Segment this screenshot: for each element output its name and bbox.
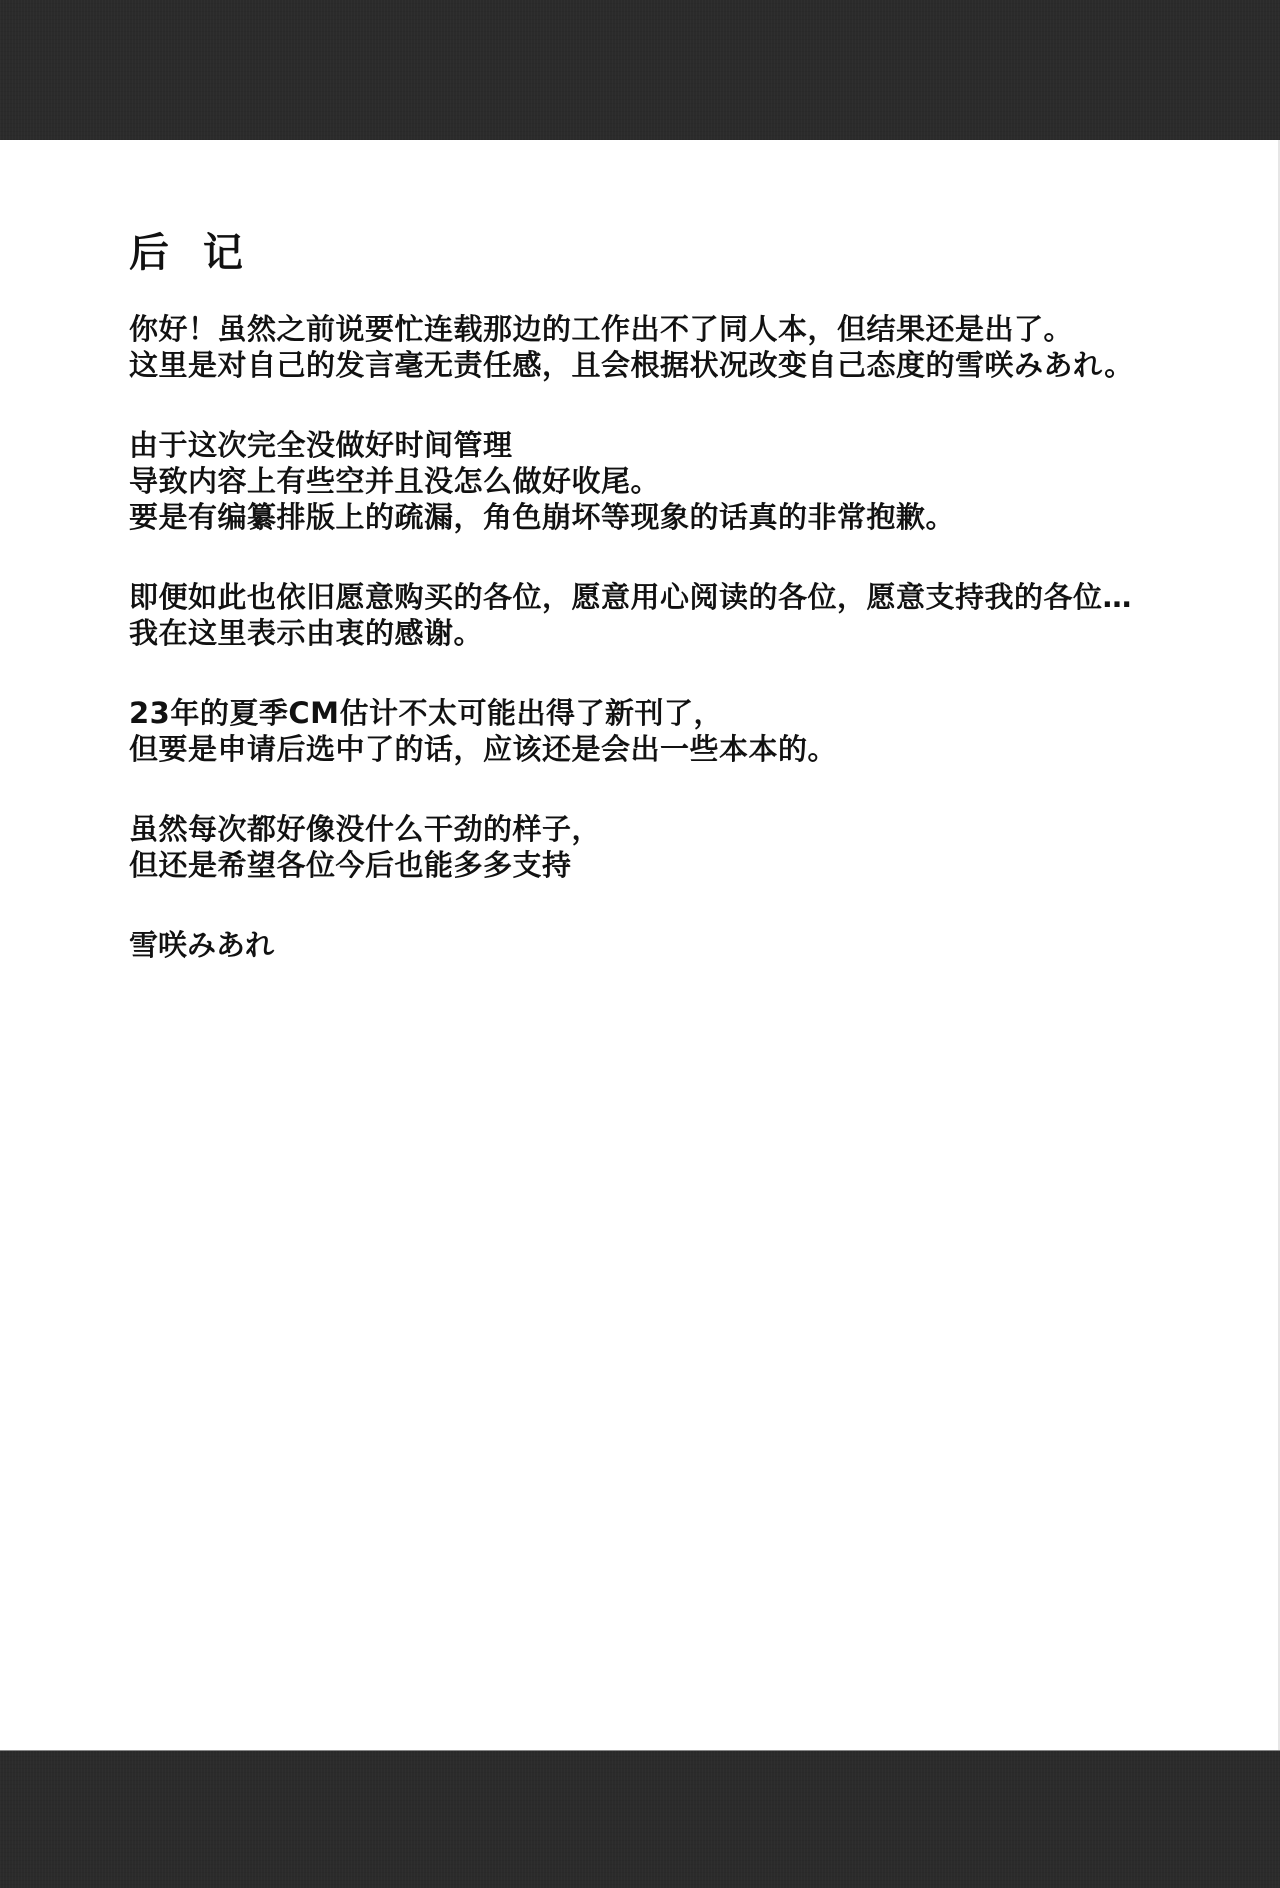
text-line: 但还是希望各位今后也能多多支持	[129, 847, 1229, 883]
text-line: 23年的夏季CM估计不太可能出得了新刊了，	[129, 695, 1229, 731]
page-title: 后 记	[129, 228, 253, 278]
paragraph-next-event: 23年的夏季CM估计不太可能出得了新刊了， 但要是申请后选中了的话，应该还是会出…	[129, 695, 1229, 767]
text-line: 这里是对自己的发言毫无责任感，且会根据状况改变自己态度的雪咲みあれ。	[129, 347, 1229, 383]
author-signature: 雪咲みあれ	[129, 927, 1229, 963]
paragraph-apology: 由于这次完全没做好时间管理 导致内容上有些空并且没怎么做好收尾。 要是有编纂排版…	[129, 427, 1229, 535]
text-line: 即便如此也依旧愿意购买的各位，愿意用心阅读的各位，愿意支持我的各位…	[129, 579, 1229, 615]
text-line: 你好！虽然之前说要忙连载那边的工作出不了同人本，但结果还是出了。	[129, 311, 1229, 347]
top-dark-border	[0, 0, 1280, 140]
text-line: 由于这次完全没做好时间管理	[129, 427, 1229, 463]
paragraph-thanks: 即便如此也依旧愿意购买的各位，愿意用心阅读的各位，愿意支持我的各位… 我在这里表…	[129, 579, 1229, 651]
text-line: 虽然每次都好像没什么干劲的样子，	[129, 811, 1229, 847]
text-line: 但要是申请后选中了的话，应该还是会出一些本本的。	[129, 731, 1229, 767]
text-line: 我在这里表示由衷的感谢。	[129, 615, 1229, 651]
afterword-body: 你好！虽然之前说要忙连载那边的工作出不了同人本，但结果还是出了。 这里是对自己的…	[129, 311, 1229, 963]
paragraph-closing: 虽然每次都好像没什么干劲的样子， 但还是希望各位今后也能多多支持	[129, 811, 1229, 883]
text-line: 要是有编纂排版上的疏漏，角色崩坏等现象的话真的非常抱歉。	[129, 499, 1229, 535]
text-line: 导致内容上有些空并且没怎么做好收尾。	[129, 463, 1229, 499]
paragraph-greeting: 你好！虽然之前说要忙连载那边的工作出不了同人本，但结果还是出了。 这里是对自己的…	[129, 311, 1229, 383]
bottom-dark-border	[0, 1750, 1280, 1888]
